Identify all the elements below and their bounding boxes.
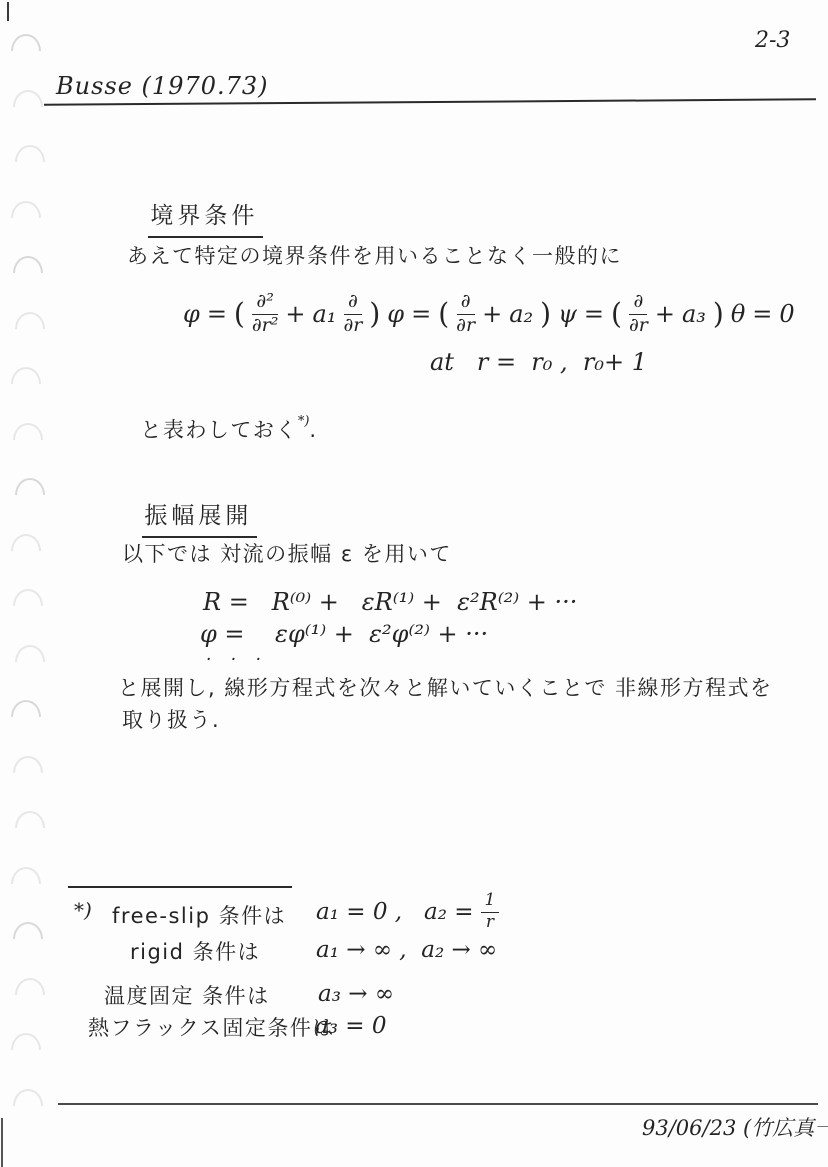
fraction-denominator: ∂r xyxy=(343,315,362,336)
equals-sign: = xyxy=(411,300,431,328)
binder-hole-artifact xyxy=(15,645,45,662)
right-paren-glyph: ) xyxy=(713,299,724,328)
fraction-denominator: r xyxy=(486,913,494,932)
boundary-outro: と表わしておく*). xyxy=(120,395,318,463)
fraction-numerator: ∂ xyxy=(344,292,362,315)
equation-term: a₂ xyxy=(509,300,533,328)
right-paren-glyph: ) xyxy=(369,299,380,328)
scanned-page: 2-3 Busse (1970.73) 境界条件 あえて特定の境界条件を用いるこ… xyxy=(0,0,828,1167)
left-paren-glyph: ( xyxy=(234,299,245,328)
binder-hole-artifact xyxy=(11,534,41,551)
footnote-label-fixed-temperature: 温度固定 条件は xyxy=(104,980,270,1010)
outro-period: . xyxy=(309,418,317,442)
fraction-d-dr: ∂∂r xyxy=(456,292,475,336)
fraction-d2-dr2: ∂²∂r² xyxy=(252,292,279,336)
footer-divider xyxy=(58,1103,818,1105)
fraction-denominator: ∂r xyxy=(629,315,648,336)
binder-hole-artifact xyxy=(15,478,45,495)
page-number: 2-3 xyxy=(755,28,790,53)
fraction-denominator: ∂r² xyxy=(252,315,279,336)
plus-sign: + xyxy=(482,300,502,328)
footnote-label-rigid: rigid 条件は xyxy=(130,936,260,966)
binder-hole-artifact xyxy=(13,423,43,440)
plus-sign: + xyxy=(655,300,675,328)
binder-hole-artifact xyxy=(13,256,43,273)
date-signature: 93/06/23 (竹広真一) xyxy=(642,1112,828,1142)
equation-phi-expansion: φ = εφ⁽¹⁾ + ε²φ⁽²⁾ + ··· xyxy=(200,620,488,648)
equation-term: φ xyxy=(183,300,200,328)
footnote-value-rigid: a₁ → ∞ , a₂ → ∞ xyxy=(316,937,497,963)
binder-hole-artifact xyxy=(15,145,45,162)
fraction-denominator: ∂r xyxy=(456,315,475,336)
scan-edge-artifact-bottom-left xyxy=(1,1118,3,1167)
left-paren-glyph: ( xyxy=(611,299,622,328)
binder-hole-artifact xyxy=(13,90,43,107)
boundary-conditions-heading: 境界条件 xyxy=(148,197,263,238)
fraction-d-dr: ∂∂r xyxy=(629,292,648,336)
equation-term: 0 xyxy=(779,300,794,328)
footnote-value-text: a₁ = 0 , a₂ = xyxy=(316,899,474,925)
boundary-intro-text: あえて特定の境界条件を用いることなく一般的に xyxy=(127,240,622,270)
equation-term: φ xyxy=(387,300,404,328)
equals-sign: = xyxy=(584,300,604,328)
equation-r-expansion: R = R⁽⁰⁾ + εR⁽¹⁾ + ε²R⁽²⁾ + ··· xyxy=(203,588,577,616)
left-paren-glyph: ( xyxy=(438,299,449,328)
binder-hole-artifact xyxy=(15,978,45,995)
binder-hole-artifact xyxy=(13,756,43,773)
amplitude-expansion-heading: 振幅展開 xyxy=(142,497,257,538)
binder-hole-artifact xyxy=(11,1033,41,1050)
binder-hole-artifact xyxy=(11,700,41,717)
right-paren-glyph: ) xyxy=(540,299,551,328)
binder-hole-artifact xyxy=(11,367,41,384)
equation-term: a₁ xyxy=(313,300,337,328)
binder-hole-artifact xyxy=(15,811,45,828)
binder-hole-artifact xyxy=(11,34,41,51)
plus-sign: + xyxy=(285,300,305,328)
binder-hole-artifact xyxy=(13,589,43,606)
footnote-value-fixed-heat-flux: a₃ = 0 xyxy=(315,1013,386,1039)
equals-sign: = xyxy=(752,300,772,328)
document-title: Busse (1970.73) xyxy=(56,72,269,100)
amplitude-outro-line2: 取り扱う. xyxy=(122,704,220,734)
amplitude-outro-line1: と展開し, 線形方程式を次々と解いていくことで 非線形方程式を xyxy=(118,672,773,702)
footnote-marker: *) xyxy=(74,898,92,922)
footnote-value-fixed-temperature: a₃ → ∞ xyxy=(318,981,394,1007)
boundary-outro-text: と表わしておく xyxy=(140,418,298,442)
binder-hole-artifact xyxy=(13,1089,43,1106)
equation-term: θ xyxy=(731,300,745,328)
equals-sign: = xyxy=(207,300,227,328)
footnote-value-free-slip: a₁ = 0 , a₂ = 1r xyxy=(316,890,499,934)
at-condition-text: at r = r₀ , r₀+ 1 xyxy=(430,348,647,376)
amplitude-intro-text: 以下では 対流の振幅 ε を用いて xyxy=(122,538,452,568)
footnote-label-free-slip: free-slip 条件は xyxy=(112,900,286,930)
equation-term: a₃ xyxy=(682,300,706,328)
binder-hole-artifact xyxy=(11,201,41,218)
scan-edge-artifact-top-left xyxy=(7,2,9,21)
binder-hole-artifact xyxy=(15,312,45,329)
footnote-label-fixed-heat-flux: 熱フラックス固定条件は xyxy=(88,1012,335,1042)
equation-ellipsis: · · · xyxy=(206,650,268,670)
footnote-divider xyxy=(68,886,292,888)
fraction-numerator: ∂ xyxy=(457,292,475,315)
fraction-numerator: ∂² xyxy=(252,292,277,315)
equation-term: ψ xyxy=(558,300,577,328)
binder-hole-artifact xyxy=(13,922,43,939)
footnote-reference-mark: *) xyxy=(298,414,310,429)
binder-hole-artifact xyxy=(11,867,41,884)
fraction-one-over-r: 1r xyxy=(481,892,500,932)
fraction-numerator: 1 xyxy=(481,892,500,913)
fraction-d-dr: ∂∂r xyxy=(343,292,362,336)
fraction-numerator: ∂ xyxy=(629,292,647,315)
boundary-equation: φ = ( ∂²∂r² + a₁ ∂∂r ) φ = ( ∂∂r + a₂ ) … xyxy=(183,284,795,344)
